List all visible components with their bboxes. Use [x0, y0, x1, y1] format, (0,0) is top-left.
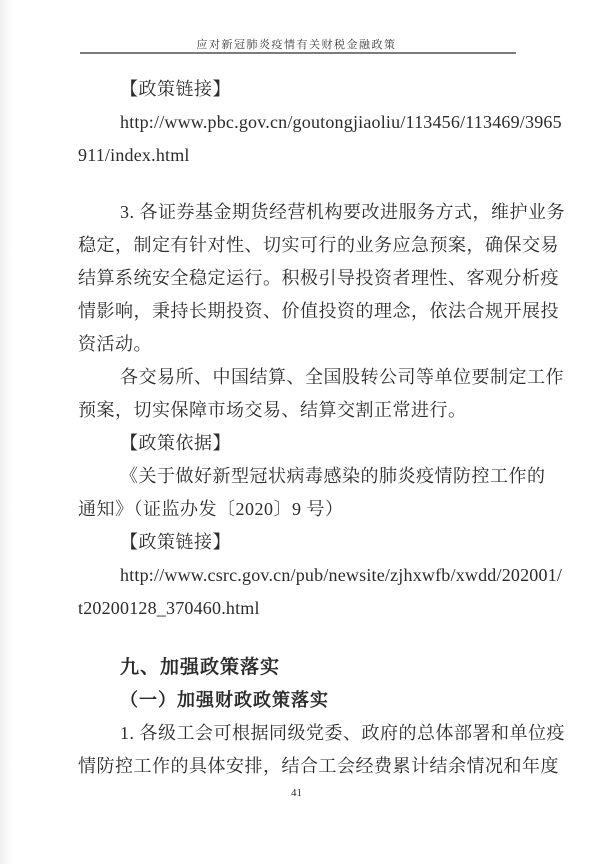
paragraph-line: 各交易所、中国结算、全国股转公司等单位要制定工作 [78, 361, 518, 394]
paragraph-line: 1. 各级工会可根据同级党委、政府的总体部署和单位疫 [78, 717, 518, 750]
paragraph-line: 稳定，制定有针对性、切实可行的业务应急预案，确保交易 [78, 229, 518, 262]
paragraph-line: 情防控工作的具体安排，结合工会经费累计结余情况和年度 [78, 750, 518, 783]
page-left-shadow [0, 0, 12, 864]
policy-url-line: t20200128_370460.html [78, 592, 518, 625]
page-footer: 41 [0, 787, 593, 799]
paragraph-line: 情影响，秉持长期投资、价值投资的理念，依法合规开展投 [78, 295, 518, 328]
page-number: 41 [291, 787, 302, 799]
paragraph-line: 预案，切实保障市场交易、结算交割正常进行。 [78, 394, 518, 427]
policy-url-line: 911/index.html [78, 139, 518, 172]
policy-basis-line: 《关于做好新型冠状病毒感染的肺炎疫情防控工作的 [78, 460, 518, 493]
paragraph-line: 资活动。 [78, 328, 518, 361]
policy-link-label: 【政策链接】 [78, 526, 518, 559]
section-heading: 九、加强政策落实 [78, 651, 518, 684]
subsection-heading: （一）加强财政政策落实 [78, 684, 518, 717]
document-page: 应对新冠肺炎疫情有关财税金融政策 【政策链接】 http://www.pbc.g… [0, 0, 593, 864]
policy-basis-label: 【政策依据】 [78, 427, 518, 460]
policy-link-label: 【政策链接】 [78, 73, 518, 106]
policy-basis-line: 通知》（证监办发〔2020〕9 号） [78, 493, 518, 526]
policy-url-line: http://www.pbc.gov.cn/goutongjiaoliu/113… [78, 106, 518, 139]
policy-url-line: http://www.csrc.gov.cn/pub/newsite/zjhxw… [78, 559, 518, 592]
paragraph-line: 3. 各证券基金期货经营机构要改进服务方式，维护业务 [78, 196, 518, 229]
document-content: 【政策链接】 http://www.pbc.gov.cn/goutongjiao… [78, 73, 518, 783]
paragraph-line: 结算系统安全稳定运行。积极引导投资者理性、客观分析疫 [78, 262, 518, 295]
header-rule [80, 52, 516, 54]
running-header: 应对新冠肺炎疫情有关财税金融政策 [0, 36, 593, 52]
